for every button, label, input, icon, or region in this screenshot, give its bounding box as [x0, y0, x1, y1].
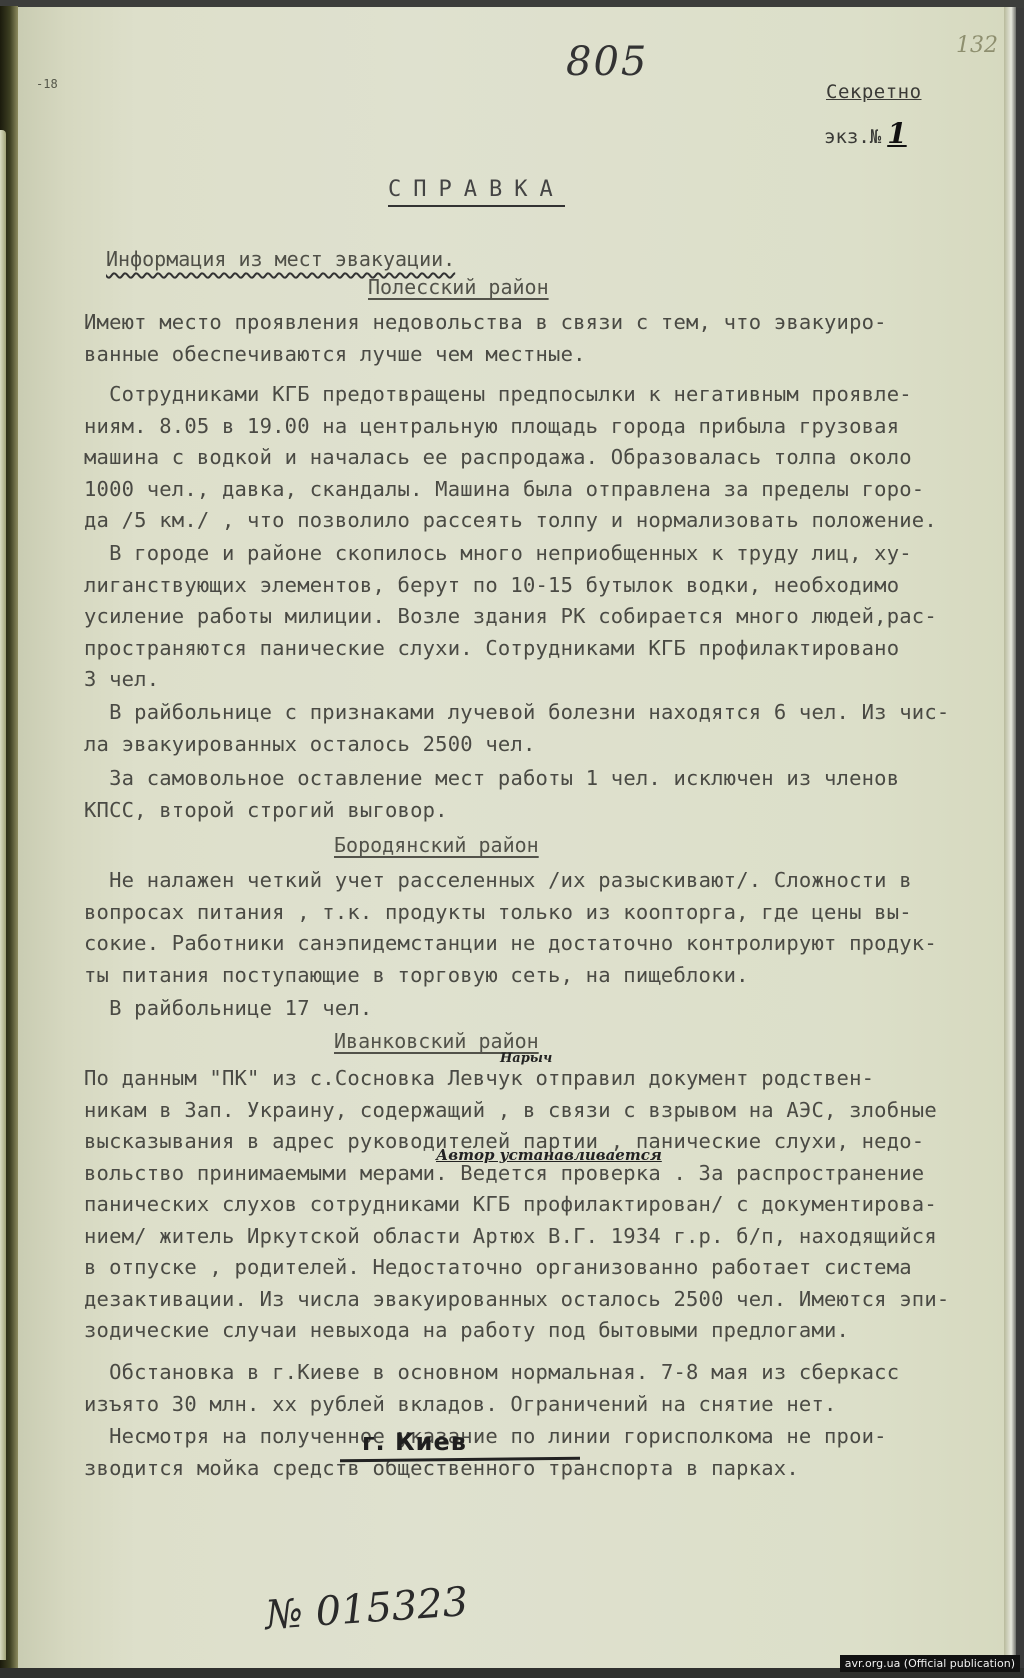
paragraph: Сотрудниками КГБ предотвращены предпосыл… [84, 379, 984, 537]
paragraph: Не налажен четкий учет расселенных /их р… [84, 865, 984, 991]
paragraph: Имеют место проявления недовольства в св… [84, 307, 984, 370]
handwritten-heading-kiev: г. Киев [362, 1428, 467, 1456]
margin-mark: -18 [36, 77, 58, 91]
copy-label: экз.№ [824, 126, 881, 148]
section-heading-ivankovsky: Иванковский район [334, 1029, 539, 1053]
source-watermark: avr.org.ua (Official publication) [840, 1655, 1020, 1672]
binding-tab [0, 130, 6, 1660]
section-heading-polessky: Полесский район [368, 275, 549, 299]
section-heading-borodyansky: Бородянский район [334, 833, 539, 857]
paragraph: За самовольное оставление мест работы 1 … [84, 763, 984, 826]
paragraph: В городе и районе скопилось много неприо… [84, 538, 984, 696]
classification-stamp: Секретно [826, 81, 922, 103]
document-title: СПРАВКА [388, 177, 565, 207]
paragraph: Обстановка в г.Киеве в основном нормальн… [84, 1357, 984, 1420]
page-edge [1004, 7, 1016, 1670]
paragraph: По данным "ПК" из с.Сосновка Левчук отпр… [84, 1063, 984, 1347]
folio-number: 805 [566, 39, 648, 85]
handwritten-correction: Автор устанавливается [436, 1146, 662, 1164]
copy-number-line: экз.№1 [824, 117, 907, 150]
copy-number: 1 [887, 117, 906, 150]
document-page: -18 805 132 Секретно экз.№1 СПРАВКА Инфо… [18, 7, 1004, 1670]
paragraph: Несмотря на полученное указание по линии… [84, 1421, 984, 1484]
paragraph: В райбольнице 17 чел. [84, 993, 984, 1025]
document-subject: Информация из мест эвакуации. [106, 247, 455, 271]
corner-folio-mark: 132 [956, 33, 998, 58]
paragraph: В райбольнице с признаками лучевой болез… [84, 697, 984, 760]
